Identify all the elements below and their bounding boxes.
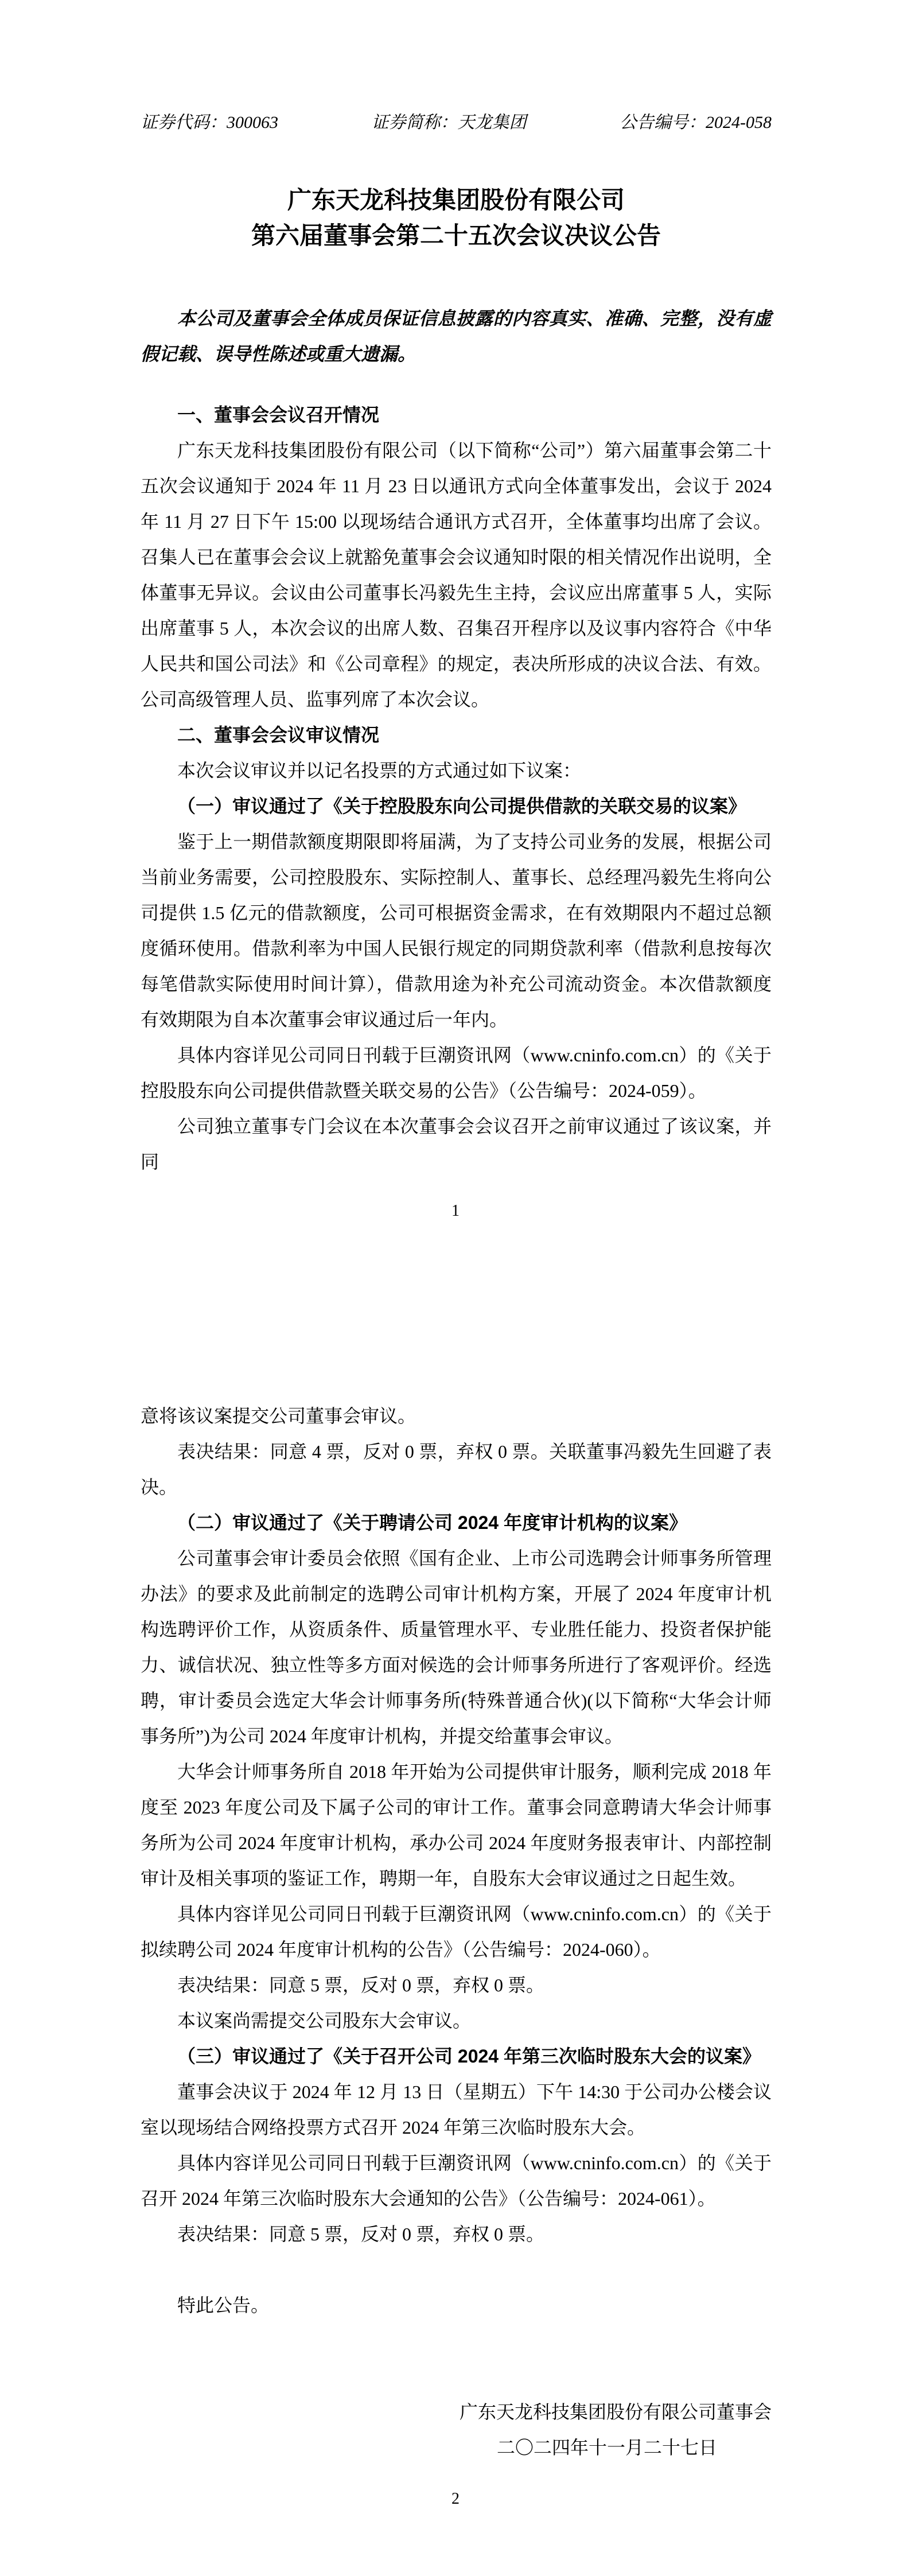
page-2: 意将该议案提交公司董事会审议。 表决结果：同意 4 票，反对 0 票，弃权 0 … (0, 1288, 911, 2576)
item3-vote-result: 表决结果：同意 5 票，反对 0 票，弃权 0 票。 (141, 2216, 772, 2252)
stock-short-name: 证券简称：天龙集团 (372, 110, 527, 135)
item3-heading: （三）审议通过了《关于召开公司 2024 年第三次临时股东大会的议案》 (141, 2038, 772, 2074)
item2-paragraph-3: 具体内容详见公司同日刊载于巨潮资讯网（www.cninfo.com.cn）的《关… (141, 1896, 772, 1967)
item3-paragraph-2: 具体内容详见公司同日刊载于巨潮资讯网（www.cninfo.com.cn）的《关… (141, 2145, 772, 2216)
item2-paragraph-2: 大华会计师事务所自 2018 年开始为公司提供审计服务，顺利完成 2018 年度… (141, 1754, 772, 1896)
signature-company: 广东天龙科技集团股份有限公司董事会 (141, 2394, 772, 2430)
announcement-number: 公告编号：2024-058 (620, 110, 772, 135)
document-title-line1: 广东天龙科技集团股份有限公司 (141, 182, 772, 218)
page1-number: 1 (0, 1203, 911, 1219)
item2-paragraph-1: 公司董事会审计委员会依照《国有企业、上市公司选聘会计师事务所管理办法》的要求及此… (141, 1540, 772, 1754)
item1-paragraph-3-part2: 意将该议案提交公司董事会审议。 (141, 1398, 772, 1434)
section1-heading: 一、董事会会议召开情况 (141, 397, 772, 433)
signature-date: 二〇二四年十一月二十七日 (141, 2430, 717, 2465)
securities-meta-row: 证券代码：300063 证券简称：天龙集团 公告编号：2024-058 (141, 110, 772, 135)
closing-statement: 特此公告。 (141, 2287, 772, 2323)
item1-heading: （一）审议通过了《关于控股股东向公司提供借款的关联交易的议案》 (141, 788, 772, 824)
signature-block: 广东天龙科技集团股份有限公司董事会 二〇二四年十一月二十七日 (141, 2394, 772, 2465)
item3-paragraph-1: 董事会决议于 2024 年 12 月 13 日（星期五）下午 14:30 于公司… (141, 2074, 772, 2145)
section2-heading: 二、董事会会议审议情况 (141, 717, 772, 753)
item2-vote-result: 表决结果：同意 5 票，反对 0 票，弃权 0 票。 (141, 1967, 772, 2003)
page2-number: 2 (0, 2491, 911, 2507)
item2-shareholder-note: 本议案尚需提交公司股东大会审议。 (141, 2003, 772, 2038)
page-1: 证券代码：300063 证券简称：天龙集团 公告编号：2024-058 广东天龙… (0, 0, 911, 1288)
stock-code: 证券代码：300063 (141, 110, 278, 135)
announcement-document: 证券代码：300063 证券简称：天龙集团 公告编号：2024-058 广东天龙… (0, 0, 911, 2576)
section2-intro: 本次会议审议并以记名投票的方式通过如下议案： (141, 753, 772, 788)
item1-paragraph-3-part1: 公司独立董事专门会议在本次董事会会议召开之前审议通过了该议案，并同 (141, 1108, 772, 1180)
item1-paragraph-1: 鉴于上一期借款额度期限即将届满，为了支持公司业务的发展，根据公司当前业务需要，公… (141, 824, 772, 1037)
disclaimer-statement: 本公司及董事会全体成员保证信息披露的内容真实、准确、完整，没有虚假记载、误导性陈… (141, 301, 772, 372)
document-title-line2: 第六届董事会第二十五次会议决议公告 (141, 218, 772, 254)
document-title: 广东天龙科技集团股份有限公司 第六届董事会第二十五次会议决议公告 (141, 182, 772, 254)
section1-paragraph: 广东天龙科技集团股份有限公司（以下简称“公司”）第六届董事会第二十五次会议通知于… (141, 433, 772, 717)
item1-paragraph-2: 具体内容详见公司同日刊载于巨潮资讯网（www.cninfo.com.cn）的《关… (141, 1037, 772, 1108)
item1-vote-result: 表决结果：同意 4 票，反对 0 票，弃权 0 票。关联董事冯毅先生回避了表决。 (141, 1434, 772, 1505)
item2-heading: （二）审议通过了《关于聘请公司 2024 年度审计机构的议案》 (141, 1505, 772, 1540)
